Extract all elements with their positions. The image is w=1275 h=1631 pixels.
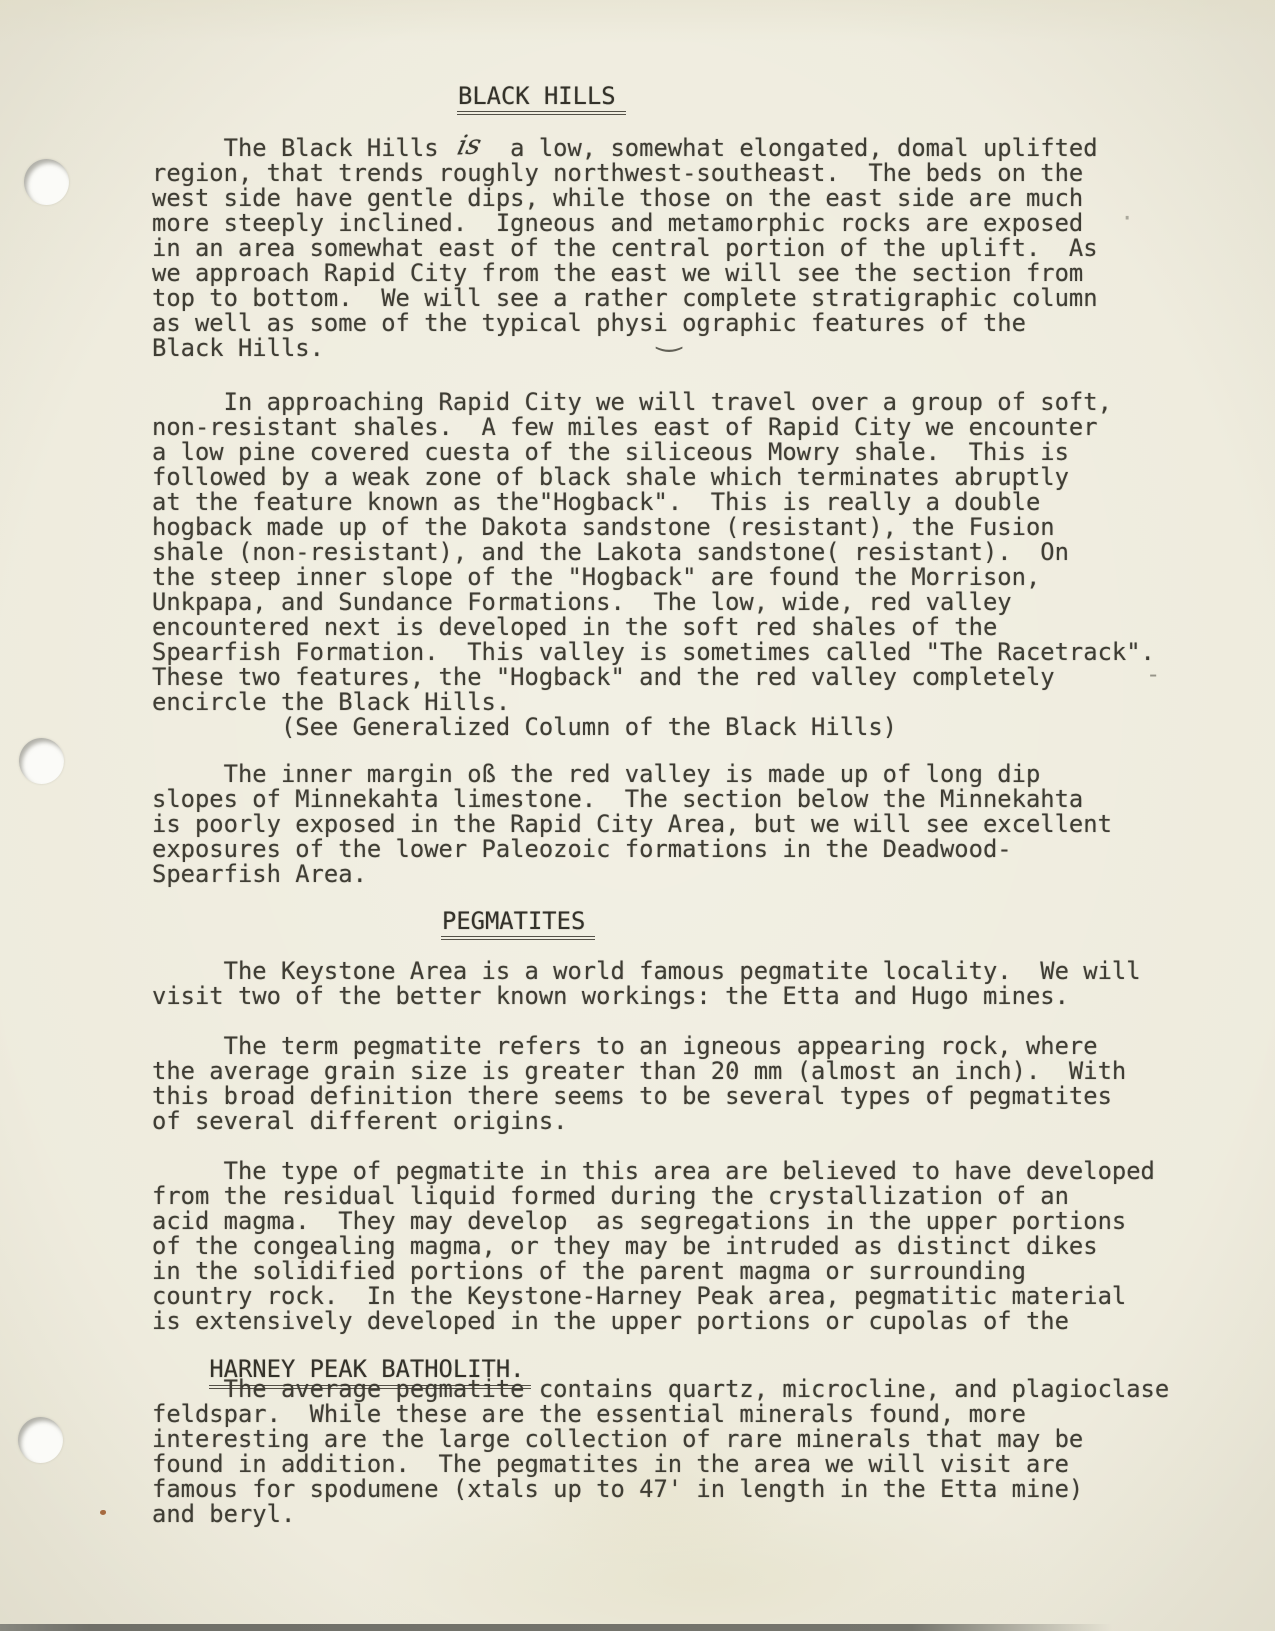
stray-dash-mark: - [1146,660,1160,688]
paragraph-black-hills-intro: The Black Hills a low, somewhat elongate… [152,136,1098,361]
paragraph-inner-margin: The inner margin oß the red valley is ma… [152,762,1112,887]
red-speck [100,1510,106,1515]
paragraph-pegmatite-origin: The type of pegmatite in this area are b… [152,1159,1155,1334]
heading-pegmatites: PEGMATITES [441,909,595,940]
scan-edge-bottom [0,1624,1112,1631]
paragraph-approaching-rapid-city: In approaching Rapid City we will travel… [152,390,1155,740]
paragraph-average-pegmatite: The average pegmatite contains quartz, m… [152,1377,1169,1527]
scanned-document-page: BLACK HILLS PEGMATITES The Black Hills a… [0,0,1275,1631]
stray-dot-mark: · [1120,204,1134,232]
hole-punch-bottom [18,1417,63,1463]
hole-punch-middle [19,738,64,784]
paragraph-keystone-area: The Keystone Area is a world famous pegm… [152,959,1141,1009]
paragraph-term-pegmatite: The term pegmatite refers to an igneous … [152,1034,1126,1134]
undertie-annotation: ‿ [657,318,681,353]
heading-black-hills: BLACK HILLS [457,84,626,115]
caret-annotation: ˆ [733,1222,742,1240]
hole-punch-top [24,159,69,205]
